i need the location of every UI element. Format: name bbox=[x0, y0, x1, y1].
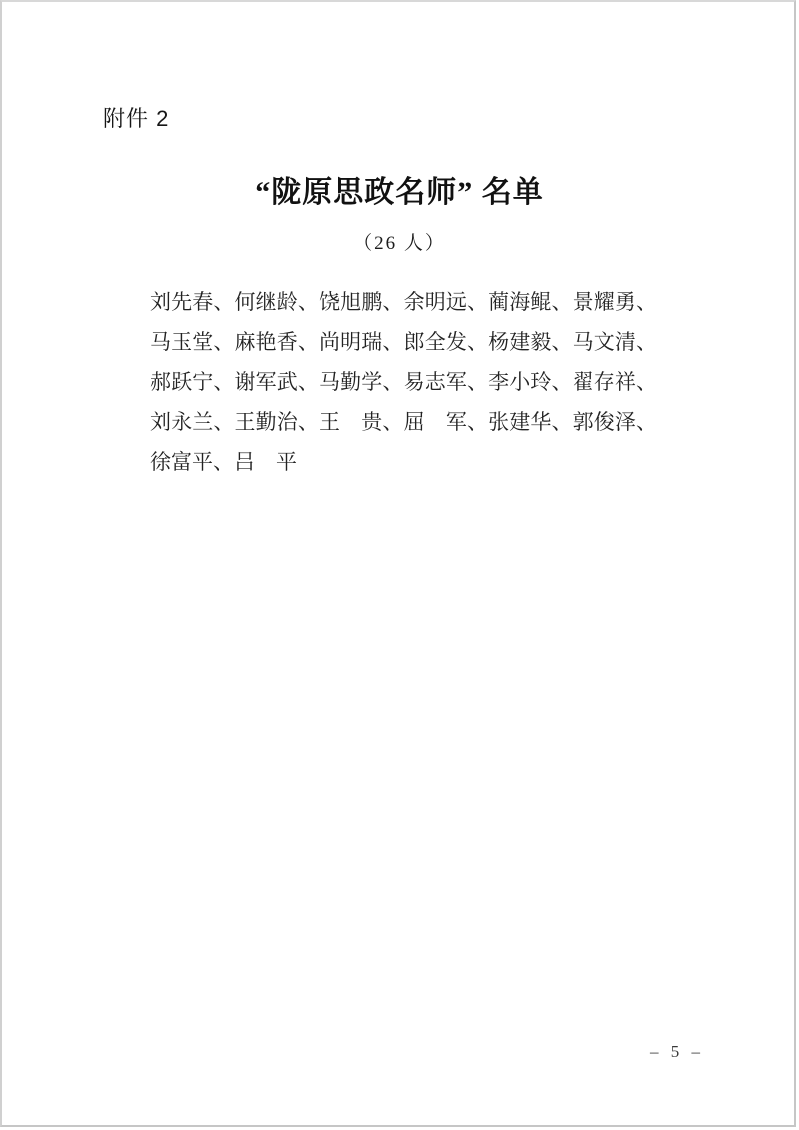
people-count: （26 人） bbox=[0, 228, 799, 255]
name-line: 郝跃宁、谢军武、马勤学、易志军、李小玲、翟存祥、 bbox=[150, 362, 657, 402]
document-page: 附件 2 “陇原思政名师” 名单 （26 人） 刘先春、何继龄、饶旭鹏、余明远、… bbox=[0, 0, 799, 1130]
name-line: 徐富平、吕 平 bbox=[150, 442, 657, 482]
name-line: 刘永兰、王勤治、王 贵、屈 军、张建华、郭俊泽、 bbox=[150, 402, 657, 442]
page-title: “陇原思政名师” 名单 bbox=[0, 167, 799, 211]
name-list: 刘先春、何继龄、饶旭鹏、余明远、蔺海鲲、景耀勇、 马玉堂、麻艳香、尚明瑞、郎全发… bbox=[150, 282, 657, 482]
attachment-label: 附件 2 bbox=[103, 102, 169, 133]
name-line: 马玉堂、麻艳香、尚明瑞、郎全发、杨建毅、马文清、 bbox=[150, 322, 657, 362]
page-number: – 5 – bbox=[650, 1042, 704, 1062]
name-line: 刘先春、何继龄、饶旭鹏、余明远、蔺海鲲、景耀勇、 bbox=[150, 282, 657, 322]
